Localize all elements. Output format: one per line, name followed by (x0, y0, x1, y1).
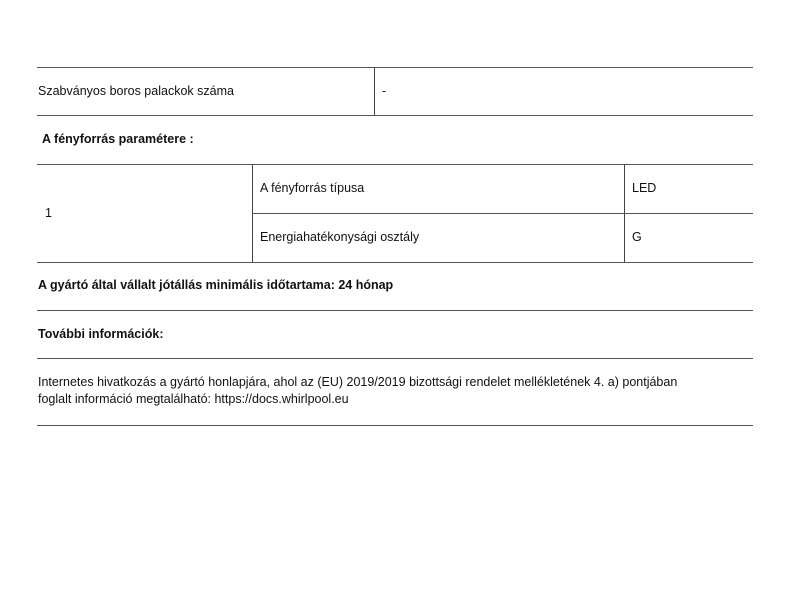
more-info-divider (37, 358, 753, 359)
more-info-line-2[interactable]: foglalt információ megtalálható: https:/… (38, 391, 753, 408)
bottle-count-label: Szabványos boros palackok száma (38, 83, 234, 99)
light-table-top-border (37, 164, 753, 165)
more-info-paragraph: Internetes hivatkozás a gyártó honlapjár… (38, 374, 753, 408)
table-top-border (37, 67, 753, 68)
light-table-bottom-border (37, 262, 753, 263)
light-source-heading: A fényforrás paramétere : (42, 131, 194, 147)
energy-class-label: Energiahatékonysági osztály (260, 229, 419, 245)
table-bottom-border (37, 115, 753, 116)
energy-class-value: G (632, 229, 642, 245)
document-bottom-border (37, 425, 753, 426)
light-source-type-value: LED (632, 180, 656, 196)
table-column-divider (374, 67, 375, 115)
light-source-type-label: A fényforrás típusa (260, 180, 364, 196)
warranty-divider (37, 310, 753, 311)
warranty-text: A gyártó által vállalt jótállás minimáli… (38, 277, 393, 293)
bottle-count-value: - (382, 83, 386, 99)
light-source-index: 1 (45, 205, 52, 221)
more-info-line-1: Internetes hivatkozás a gyártó honlapjár… (38, 374, 753, 391)
light-table-row-divider (252, 213, 753, 214)
more-info-heading: További információk: (38, 326, 163, 342)
